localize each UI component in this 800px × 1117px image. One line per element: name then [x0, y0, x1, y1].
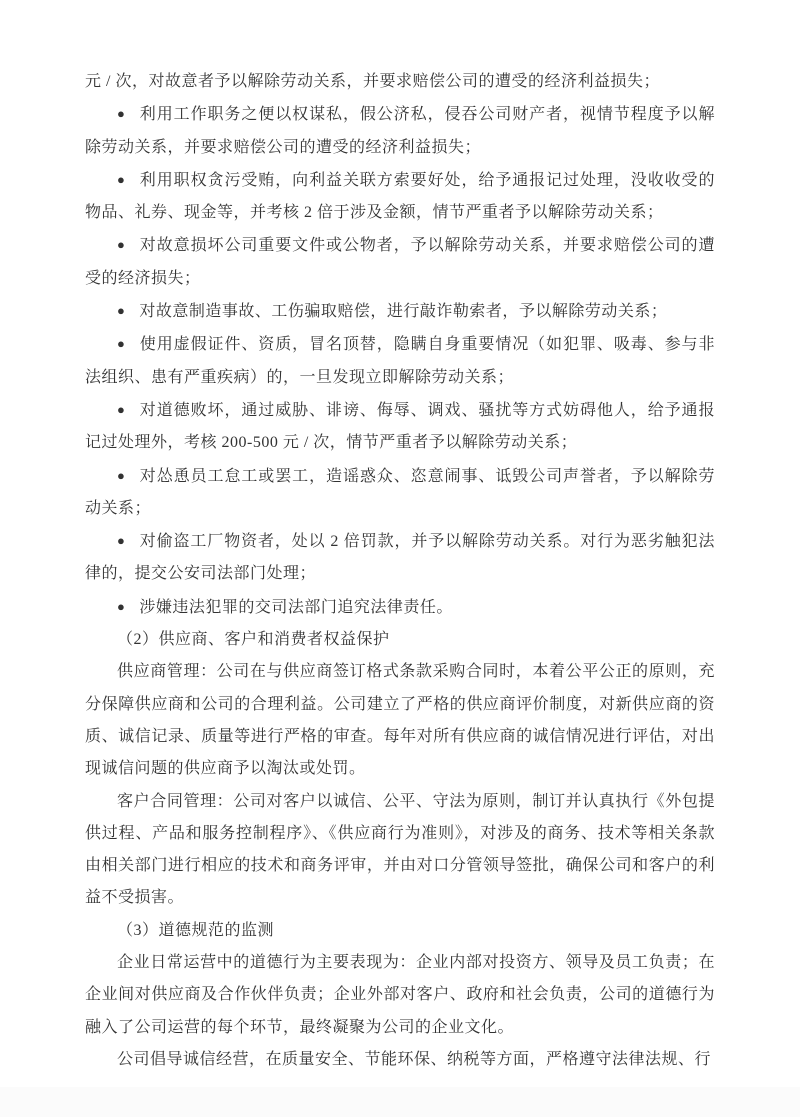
bullet-item: ●利用工作职务之便以权谋私，假公济私，侵吞公司财产者，视情节程度予以解除劳动关系…	[85, 98, 715, 164]
bullet-icon: ●	[117, 525, 125, 557]
bullet-icon: ●	[117, 394, 125, 426]
bullet-icon: ●	[117, 328, 125, 360]
paragraph-text: 元 / 次，对故意者予以解除劳动关系，并要求赔偿公司的遭受的经济利益损失；	[85, 73, 660, 90]
bullet-icon: ●	[117, 591, 125, 623]
paragraph: 企业日常运营中的道德行为主要表现为：企业内部对投资方、领导及员工负责；在企业间对…	[85, 947, 715, 1044]
bullet-icon: ●	[117, 460, 125, 492]
paragraph-text: 利用职权贪污受贿，向利益关联方索要好处，给予通报记过处理，没收收受的物品、礼券、…	[85, 172, 715, 221]
bullet-icon: ●	[117, 98, 125, 130]
bullet-item: ●对道德败坏，通过威胁、诽谤、侮辱、调戏、骚扰等方式妨碍他人，给予通报记过处理外…	[85, 394, 715, 460]
paragraph-text: 对故意损坏公司重要文件或公物者，予以解除劳动关系，并要求赔偿公司的遭受的经济损失…	[85, 237, 715, 286]
paragraph-text: 供应商管理：公司在与供应商签订格式条款采购合同时，本着公平公正的原则，充分保障供…	[85, 663, 715, 777]
paragraph-text: 涉嫌违法犯罪的交司法部门追究法律责任。	[139, 599, 453, 616]
bullet-item: ●对怂恿员工怠工或罢工，造谣惑众、恣意闹事、诋毁公司声誉者，予以解除劳动关系；	[85, 460, 715, 526]
paragraph-text: 对故意制造事故、工伤骗取赔偿，进行敲诈勒索者，予以解除劳动关系；	[139, 303, 667, 320]
paragraph: （2）供应商、客户和消费者权益保护	[85, 624, 715, 656]
paragraph: （3）道德规范的监测	[85, 915, 715, 947]
document-page: 元 / 次，对故意者予以解除劳动关系，并要求赔偿公司的遭受的经济利益损失；●利用…	[0, 0, 800, 1117]
bullet-item: ●使用虚假证件、资质，冒名顶替，隐瞒自身重要情况（如犯罪、吸毒、参与非法组织、患…	[85, 328, 715, 394]
paragraph-text: （3）道德规范的监测	[117, 922, 274, 939]
paragraph-text: （2）供应商、客户和消费者权益保护	[117, 631, 390, 648]
paragraph-text: 对偷盗工厂物资者，处以 2 倍罚款，并予以解除劳动关系。对行为恶劣触犯法律的，提…	[85, 533, 715, 582]
paragraph-text: 公司倡导诚信经营，在质量安全、节能环保、纳税等方面，严格遵守法律法规、行	[117, 1051, 711, 1068]
paragraph-text: 利用工作职务之便以权谋私，假公济私，侵吞公司财产者，视情节程度予以解除劳动关系，…	[85, 106, 715, 155]
bullet-item: ●对故意制造事故、工伤骗取赔偿，进行敲诈勒索者，予以解除劳动关系；	[85, 295, 715, 328]
bullet-item: ●对偷盗工厂物资者，处以 2 倍罚款，并予以解除劳动关系。对行为恶劣触犯法律的，…	[85, 525, 715, 591]
page-bottom-shade	[0, 1087, 800, 1117]
paragraph: 公司倡导诚信经营，在质量安全、节能环保、纳税等方面，严格遵守法律法规、行	[85, 1044, 715, 1076]
bullet-item: ●涉嫌违法犯罪的交司法部门追究法律责任。	[85, 591, 715, 624]
paragraph-text: 使用虚假证件、资质，冒名顶替，隐瞒自身重要情况（如犯罪、吸毒、参与非法组织、患有…	[85, 336, 715, 385]
paragraph: 客户合同管理：公司对客户以诚信、公平、守法为原则，制订并认真执行《外包提供过程、…	[85, 786, 715, 915]
paragraph-text: 对道德败坏，通过威胁、诽谤、侮辱、调戏、骚扰等方式妨碍他人，给予通报记过处理外，…	[85, 402, 715, 451]
paragraph-text: 客户合同管理：公司对客户以诚信、公平、守法为原则，制订并认真执行《外包提供过程、…	[85, 793, 715, 907]
document-body: 元 / 次，对故意者予以解除劳动关系，并要求赔偿公司的遭受的经济利益损失；●利用…	[0, 0, 800, 1076]
paragraph-text: 企业日常运营中的道德行为主要表现为：企业内部对投资方、领导及员工负责；在企业间对…	[85, 954, 715, 1036]
bullet-item: ●对故意损坏公司重要文件或公物者，予以解除劳动关系，并要求赔偿公司的遭受的经济损…	[85, 229, 715, 295]
paragraph: 供应商管理：公司在与供应商签订格式条款采购合同时，本着公平公正的原则，充分保障供…	[85, 656, 715, 785]
bullet-icon: ●	[117, 295, 125, 327]
paragraph-text: 对怂恿员工怠工或罢工，造谣惑众、恣意闹事、诋毁公司声誉者，予以解除劳动关系；	[85, 468, 715, 517]
bullet-item: ●利用职权贪污受贿，向利益关联方索要好处，给予通报记过处理，没收收受的物品、礼券…	[85, 164, 715, 230]
paragraph: 元 / 次，对故意者予以解除劳动关系，并要求赔偿公司的遭受的经济利益损失；	[85, 66, 715, 98]
bullet-icon: ●	[117, 164, 125, 196]
bullet-icon: ●	[117, 229, 125, 261]
